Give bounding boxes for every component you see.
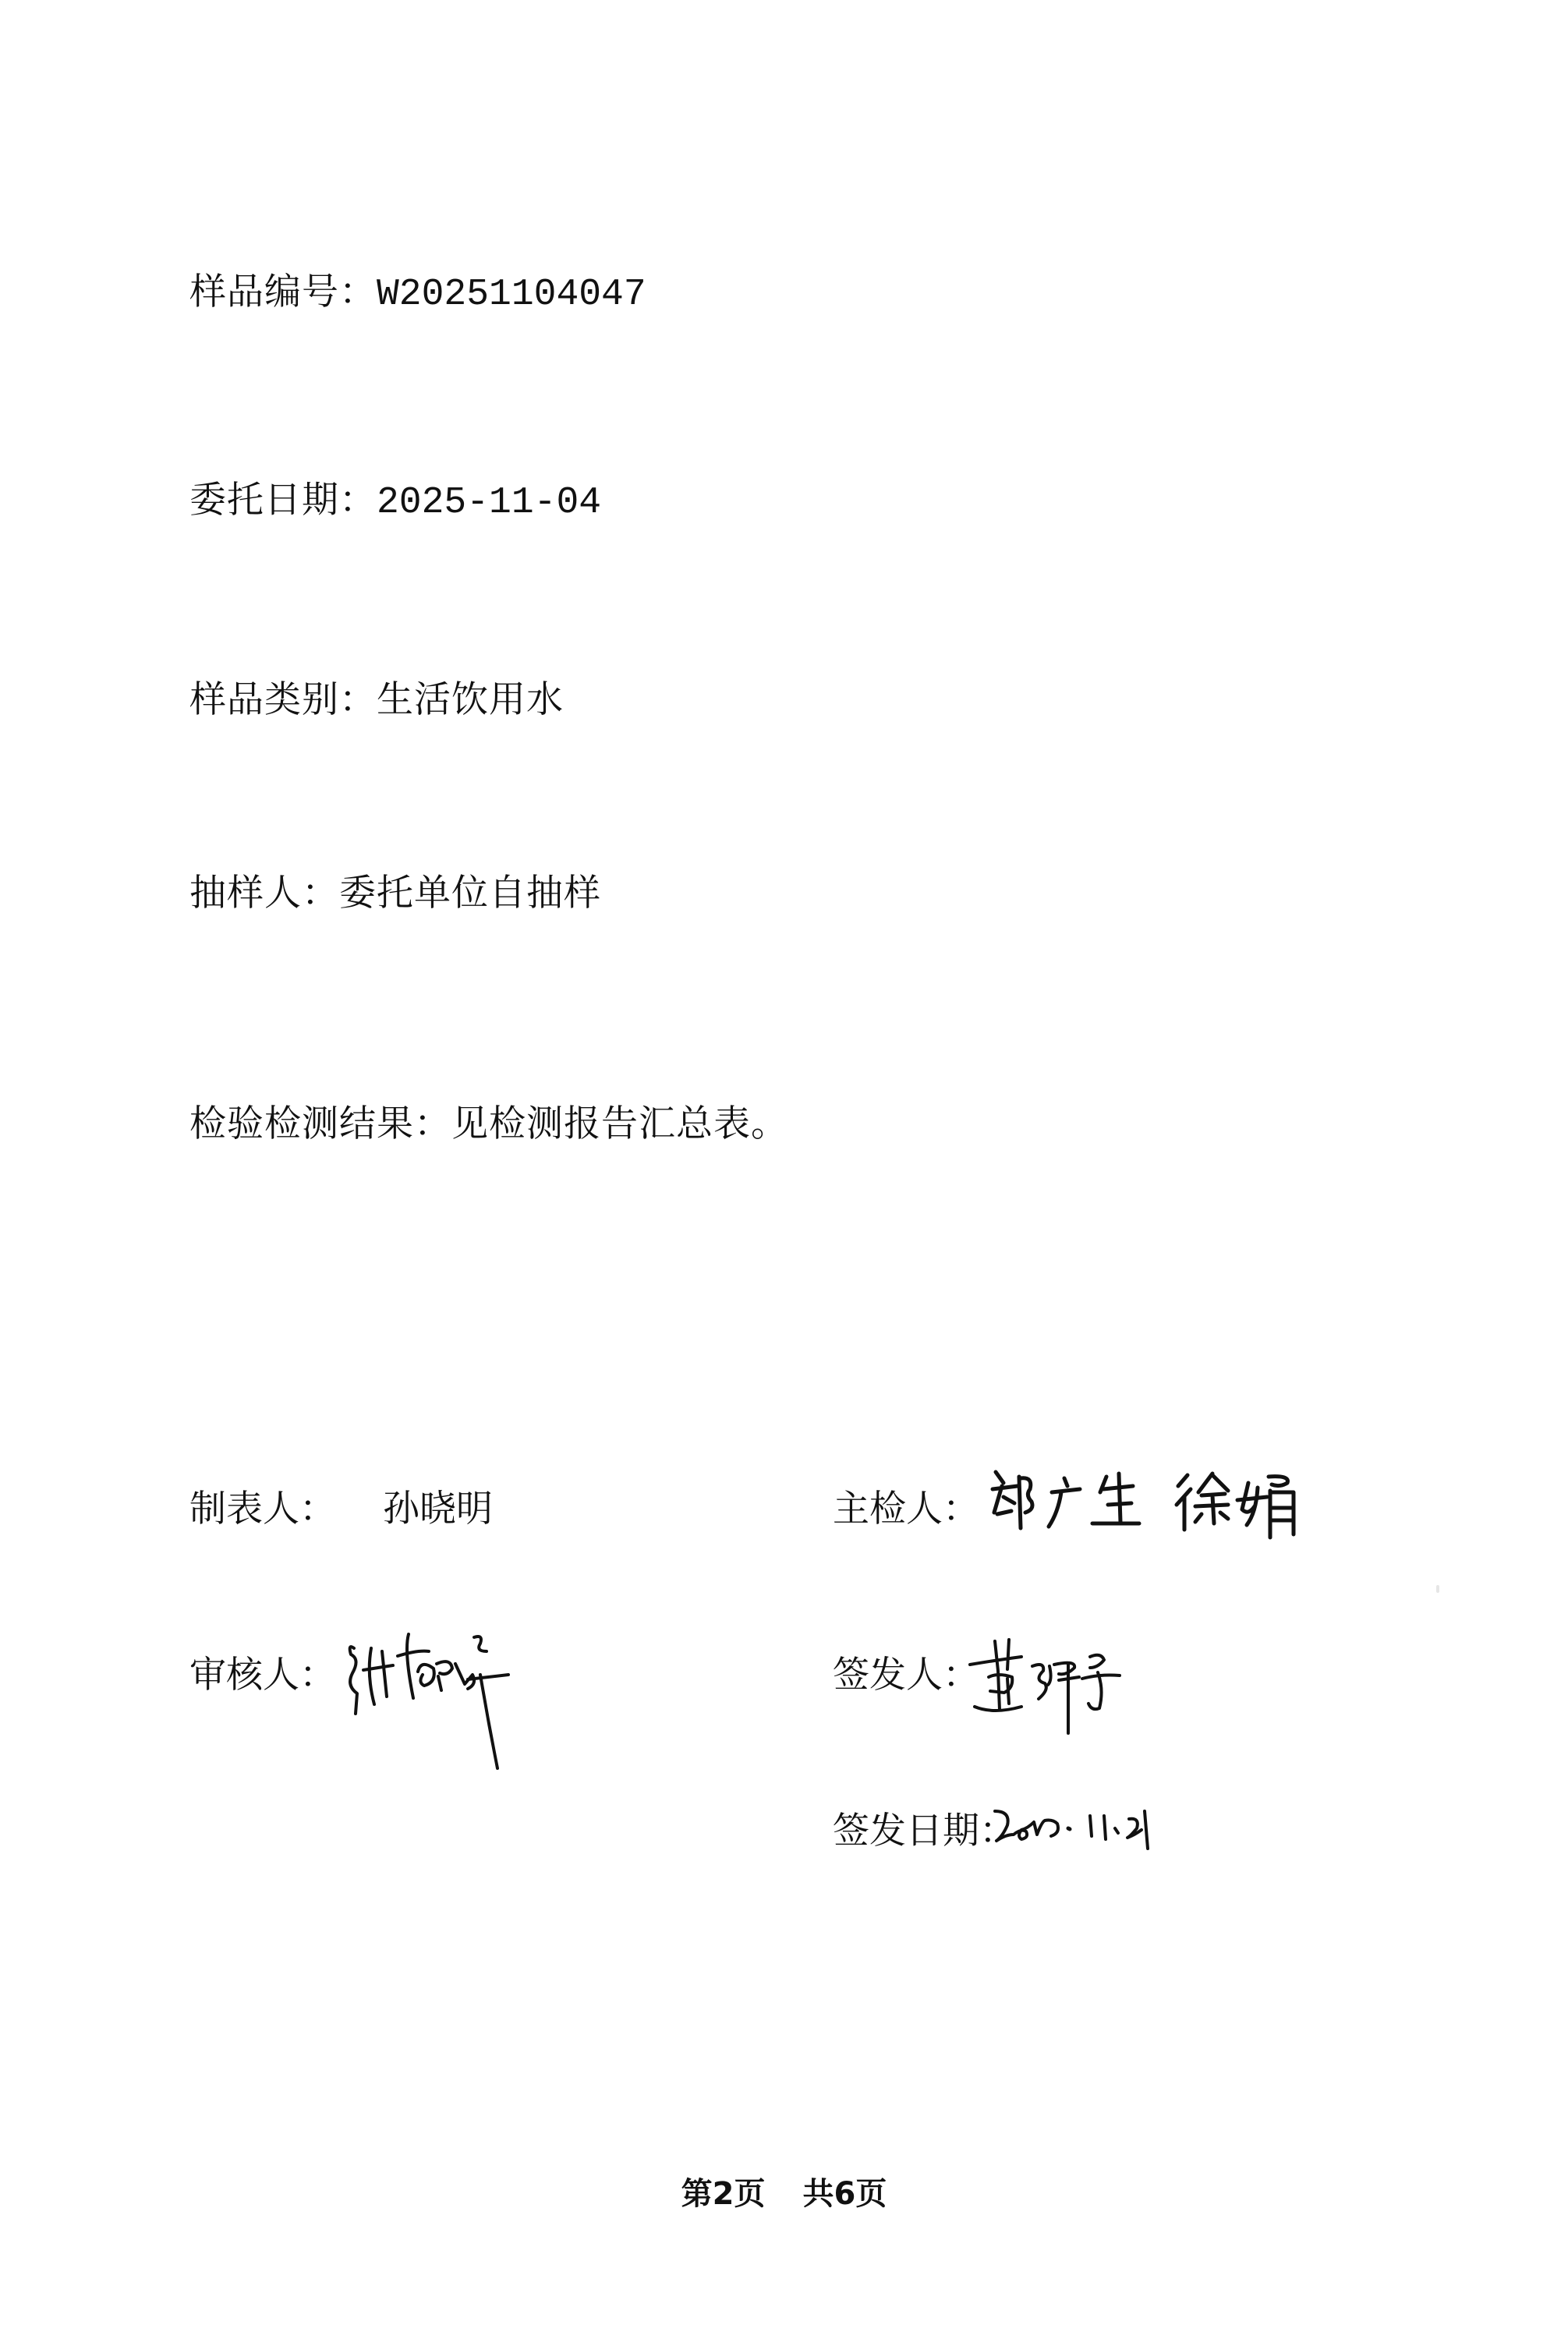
- scan-artifact: [1436, 1585, 1439, 1593]
- sample-category-line: 样品类别：生活饮用水: [189, 678, 564, 722]
- issue-date-label: 签发日期：: [833, 1810, 1016, 1853]
- reviewer-block: 审核人：: [189, 1651, 336, 1697]
- handwritten-signature-icon: [967, 1633, 1138, 1735]
- commission-date-label: 委托日期：: [189, 479, 377, 522]
- page-current: 第2页: [681, 2176, 766, 2212]
- prepared-by-label: 制表人：: [189, 1488, 336, 1531]
- page-total: 共6页: [803, 2176, 887, 2212]
- commission-date-value: 2025-11-04: [377, 482, 601, 524]
- reviewer-label: 审核人：: [189, 1654, 336, 1697]
- sample-number-label: 样品编号：: [189, 271, 377, 313]
- sampler-label: 抽样人：: [189, 872, 339, 915]
- sample-number-value: W20251104047: [377, 274, 646, 316]
- reviewer-signature: [343, 1628, 546, 1768]
- issue-date-block: 签发日期：: [833, 1807, 1016, 1853]
- prepared-by-name: 孙晓明: [383, 1488, 493, 1531]
- chief-inspector-label: 主检人：: [833, 1488, 979, 1531]
- handwritten-date-icon: [990, 1805, 1255, 1859]
- test-result-label: 检验检测结果：: [189, 1102, 451, 1145]
- chief-inspector-signature: [986, 1466, 1345, 1544]
- handwritten-signature-icon: [986, 1466, 1345, 1544]
- prepared-by-block: 制表人：孙晓明: [189, 1485, 493, 1531]
- page-footer: 第2页共6页: [0, 2175, 1568, 2213]
- handwritten-signature-icon: [343, 1628, 546, 1768]
- issuer-label: 签发人：: [833, 1654, 979, 1697]
- sample-category-label: 样品类别：: [189, 678, 377, 721]
- sample-number-line: 样品编号：W20251104047: [189, 271, 646, 317]
- issue-date-signature: [990, 1805, 1255, 1859]
- sampler-value: 委托单位自抽样: [339, 872, 601, 915]
- chief-inspector-block: 主检人：: [833, 1485, 979, 1531]
- sampler-line: 抽样人：委托单位自抽样: [189, 872, 601, 915]
- test-result-line: 检验检测结果：见检测报告汇总表。: [189, 1102, 788, 1146]
- issuer-block: 签发人：: [833, 1651, 979, 1697]
- commission-date-line: 委托日期：2025-11-04: [189, 479, 601, 525]
- report-page: 样品编号：W20251104047 委托日期：2025-11-04 样品类别：生…: [0, 0, 1568, 2346]
- issuer-signature: [967, 1633, 1138, 1735]
- sample-category-value: 生活饮用水: [377, 678, 564, 721]
- test-result-value: 见检测报告汇总表。: [451, 1102, 788, 1145]
